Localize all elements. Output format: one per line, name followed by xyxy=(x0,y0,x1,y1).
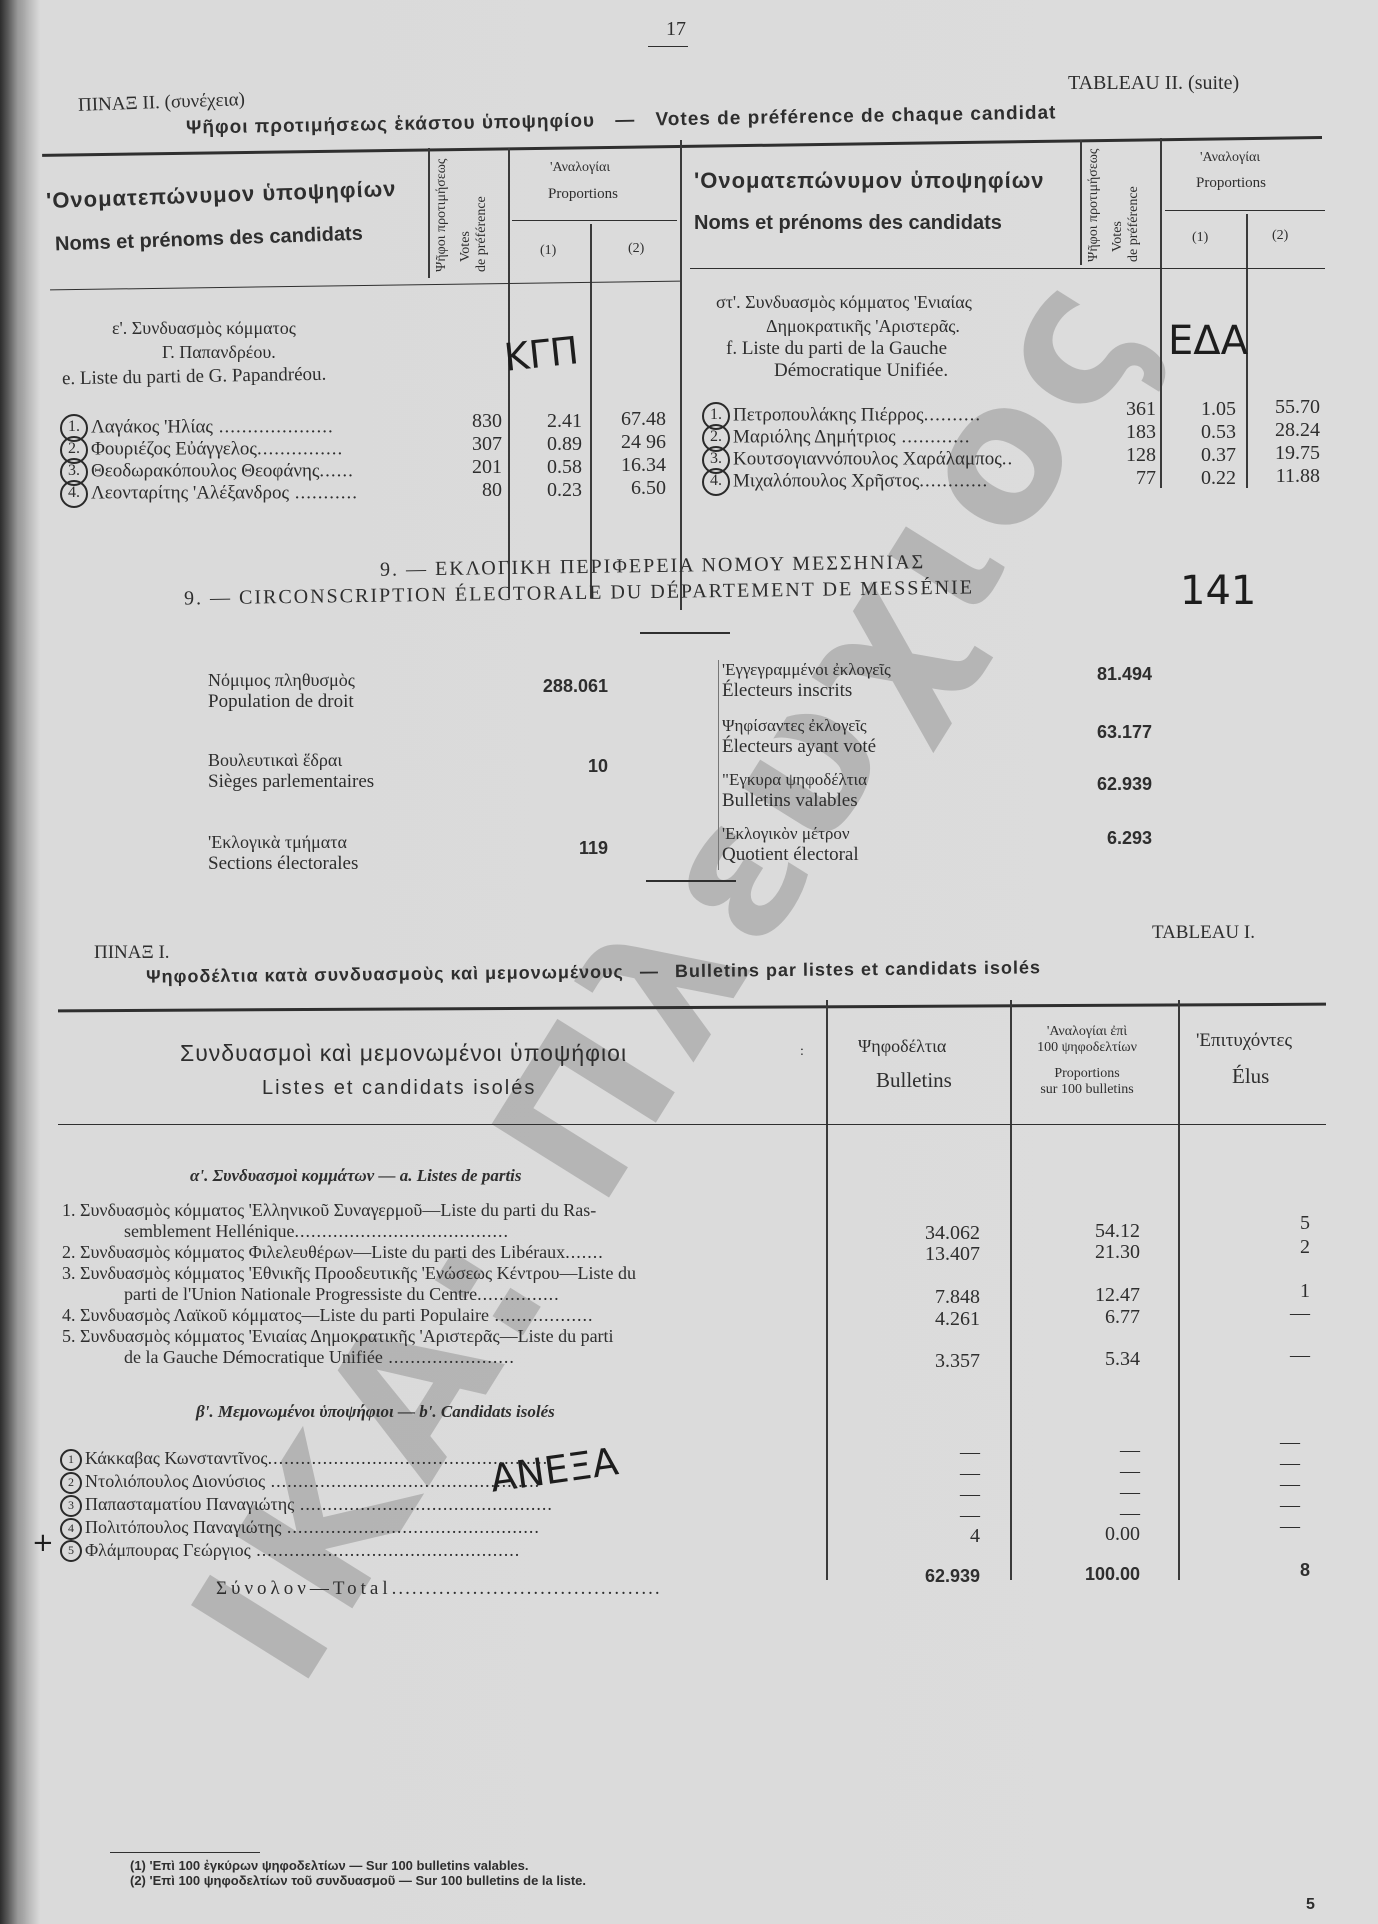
candidate-name: Πολιτόπουλος Παναγιώτης xyxy=(85,1517,281,1537)
votes-value: 361 xyxy=(1094,398,1156,421)
total-elected: 8 xyxy=(1240,1560,1310,1581)
t1-isolated-row: 2Ντολιόπουλος Διονύσιος ................… xyxy=(60,1471,820,1494)
candidate-name: Φλάμπουρας Γεώργιος xyxy=(85,1540,251,1560)
party-name-line1: 3. Συνδυασμὸς κόμματος 'Εθνικῆς Προοδευτ… xyxy=(62,1263,636,1283)
t1-header-prop-gr-1: 'Αναλογίαι ἐπὶ xyxy=(1022,1024,1152,1040)
t1-header-bulletins-fr: Bulletins xyxy=(876,1068,952,1093)
district-center-divider xyxy=(718,660,719,870)
circled-number: 5 xyxy=(60,1540,82,1562)
handwritten-district-number: 141 xyxy=(1180,568,1256,614)
handwritten-plus-mark: + xyxy=(32,1528,54,1558)
leader-dots: .. xyxy=(1002,448,1014,469)
leader-dots: ........................................… xyxy=(265,1471,540,1491)
t2-left-candidate-row: 4.Λεονταρίτης 'Αλέξανδρος ........... xyxy=(60,480,358,508)
proportion-1-value: 0.23 xyxy=(520,479,582,502)
t2-right-party-line4: Démocratique Unifiée. xyxy=(774,360,948,382)
table1-subtitle-dash: — xyxy=(640,961,659,981)
t2-left-col2: (2) xyxy=(628,241,644,257)
t2-right-prop-rule xyxy=(1165,210,1325,211)
t2-right-header-name-fr: Noms et prénoms des candidats xyxy=(694,212,1002,235)
footnote-rule xyxy=(110,1852,260,1853)
t1-party-row-cont: semblement Hellénique...................… xyxy=(62,1221,822,1242)
page-number-top: 17 xyxy=(666,18,686,41)
candidate-name: Μιχαλόπουλος Χρῆστος xyxy=(733,470,919,491)
footnotes: (1) 'Επὶ 100 ἐγκύρων ψηφοδελτίων — Sur 1… xyxy=(130,1858,586,1888)
table2-subtitle-gr: Ψῆφοι προτιμήσεως ἑκάστου ὑποψηφίου xyxy=(186,110,595,138)
t1-party-prop: 21.30 xyxy=(1040,1241,1140,1264)
leader-dots: ............ xyxy=(919,470,988,491)
proportion-2-value: 28.24 xyxy=(1250,419,1320,442)
isolated-elected: — xyxy=(1230,1432,1300,1453)
proportion-1-value: 0.53 xyxy=(1172,421,1236,444)
t2-right-votes-column: 361 183 128 77 xyxy=(1094,398,1156,490)
isolated-bulletins: — xyxy=(880,1505,980,1526)
table2-subtitle-dash: — xyxy=(615,110,635,131)
stat-voted: Ψηφίσαντες ἐκλογεῖς Électeurs ayant voté… xyxy=(722,716,1182,758)
stat-value: 10 xyxy=(508,756,608,777)
proportion-2-value: 16.34 xyxy=(596,454,666,477)
total-label: Σύνολον—Total xyxy=(216,1578,392,1599)
candidate-name: Παπασταματίου Παναγιώτης xyxy=(85,1494,294,1514)
party-name-line1: 2. Συνδυασμὸς κόμματος Φιλελευθέρων—List… xyxy=(62,1242,565,1262)
votes-value: 128 xyxy=(1094,444,1156,467)
t2-right-votes-gr: Ψῆφοι προτιμήσεως xyxy=(1086,149,1101,262)
circled-number: 1 xyxy=(60,1449,82,1471)
stat-value: 63.177 xyxy=(1052,722,1152,743)
page-number-rule xyxy=(648,46,688,47)
stat-sections: 'Εκλογικὰ τμήματα Sections électorales 1… xyxy=(208,832,628,875)
t2-left-votes-column: 830 307 201 80 xyxy=(440,410,502,502)
stat-value: 119 xyxy=(508,838,608,859)
party-name-line1: 1. Συνδυασμὸς κόμματος 'Ελληνικοῦ Συναγε… xyxy=(62,1200,596,1220)
candidate-name: Λαγάκος 'Ηλίας xyxy=(91,416,213,437)
t1-isolated-row: 5Φλάμπουρας Γεώργιος ...................… xyxy=(60,1540,820,1563)
proportion-1-value: 0.37 xyxy=(1172,444,1236,467)
candidate-name: Λεονταρίτης 'Αλέξανδρος xyxy=(91,482,289,503)
proportion-2-value: 6.50 xyxy=(596,477,666,500)
t2-right-col-line-1 xyxy=(1160,138,1162,488)
t1-party-elected: 1 xyxy=(1240,1280,1310,1303)
t1-party-row: 1. Συνδυασμὸς κόμματος 'Ελληνικοῦ Συναγε… xyxy=(62,1200,822,1221)
t2-left-votes-gr: Ψῆφοι προτιμήσεως xyxy=(434,159,449,272)
t2-left-prop-fr: Proportions xyxy=(548,186,618,203)
table2-title-gr: ΠΙΝΑΞ ΙΙ. (συνέχεια) xyxy=(78,89,246,117)
t1-party-bulletins: 7.848 xyxy=(880,1286,980,1309)
candidate-name: Ντολιόπουλος Διονύσιος xyxy=(85,1471,265,1491)
t1-header-bulletins-gr: Ψηφοδέλτια xyxy=(858,1036,946,1057)
handwritten-note-eda: ΕΔΑ xyxy=(1168,318,1248,364)
party-name-line2: semblement Hellénique xyxy=(124,1221,294,1241)
t1-isolated-elected-column: — — — — — xyxy=(1230,1432,1300,1537)
t1-section-a: α'. Συνδυασμοὶ κομμάτων — a. Listes de p… xyxy=(190,1166,522,1186)
t1-header-elected-fr: Élus xyxy=(1232,1064,1269,1089)
table2-top-rule xyxy=(42,136,1322,157)
t2-left-prop-gr: 'Αναλογίαι xyxy=(550,160,610,176)
circled-number: 4 xyxy=(60,1518,82,1540)
proportion-2-value: 67.48 xyxy=(596,408,666,431)
t1-party-elected: — xyxy=(1240,1302,1310,1325)
handwritten-note-kgp: ΚΓΠ xyxy=(502,328,581,380)
t1-header-colon: : xyxy=(800,1044,804,1060)
t2-right-votes-fr1: Votes xyxy=(1110,221,1125,252)
t1-party-list: 1. Συνδυασμὸς κόμματος 'Ελληνικοῦ Συναγε… xyxy=(62,1200,822,1368)
proportion-2-value: 24 96 xyxy=(596,431,666,454)
stat-seats: Βουλευτικαὶ ἕδραι Sièges parlementaires … xyxy=(208,750,628,793)
circled-number: 4. xyxy=(60,480,88,508)
party-name-line1: 4. Συνδυασμὸς Λαϊκοῦ κόμματος—Liste du p… xyxy=(62,1305,489,1325)
t1-header-prop-fr-1: Proportions xyxy=(1022,1066,1152,1082)
footnote-1: (1) 'Επὶ 100 ἐγκύρων ψηφοδελτίων — Sur 1… xyxy=(130,1858,586,1873)
district-title-gr: 9. — ΕΚΛΟΓΙΚΗ ΠΕΡΙΦΕΡΕΙΑ ΝΟΜΟΥ ΜΕΣΣΗΝΙΑΣ xyxy=(380,551,926,582)
t1-party-bulletins: 3.357 xyxy=(880,1350,980,1373)
t2-left-col1: (1) xyxy=(540,243,556,259)
t1-party-prop: 6.77 xyxy=(1040,1306,1140,1329)
book-spine-shadow xyxy=(0,0,40,1924)
t2-right-prop-gr: 'Αναλογίαι xyxy=(1200,150,1260,166)
proportion-1-value: 2.41 xyxy=(520,410,582,433)
t2-left-party-line3: e. Liste du parti de G. Papandréou. xyxy=(62,364,327,391)
table2-subtitle-fr: Votes de préférence de chaque candidat xyxy=(655,102,1056,130)
t1-party-prop: 12.47 xyxy=(1040,1284,1140,1307)
leader-dots: ........................................… xyxy=(294,1494,553,1514)
t2-left-party-line2: Γ. Παπανδρέου. xyxy=(162,342,276,363)
table1-subtitle-fr: Bulletins par listes et candidats isolés xyxy=(675,957,1041,981)
proportion-1-value: 0.89 xyxy=(520,433,582,456)
leader-dots: ........... xyxy=(289,482,358,503)
isolated-bulletins: — xyxy=(880,1463,980,1484)
table1-subtitle-gr: Ψηφοδέλτια κατὰ συνδυασμοὺς καὶ μεμονωμέ… xyxy=(146,962,624,987)
district-title-fr: 9. — CIRCONSCRIPTION ÉLECTORALE DU DÉPAR… xyxy=(184,576,974,610)
t2-right-header-name-gr: 'Ονοματεπώνυμον ὑποψηφίων xyxy=(694,168,1045,194)
isolated-prop: — xyxy=(1040,1461,1140,1482)
t1-party-elected: — xyxy=(1240,1344,1310,1367)
candidate-name: Κουτσογιαννόπουλος Χαράλαμπος xyxy=(733,448,1002,469)
isolated-prop: — xyxy=(1040,1482,1140,1503)
leader-dots: ....................... xyxy=(383,1347,515,1367)
t2-left-header-bottom-rule xyxy=(50,281,680,291)
t1-party-prop: 5.34 xyxy=(1040,1348,1140,1371)
t2-right-p1-column: 1.05 0.53 0.37 0.22 xyxy=(1172,398,1236,490)
isolated-bulletins: — xyxy=(880,1442,980,1463)
circled-number: 2 xyxy=(60,1472,82,1494)
t2-right-party-line1: στ'. Συνδυασμὸς κόμματος 'Ενιαίας xyxy=(716,292,972,313)
candidate-name: Μαριόλης Δημήτριος xyxy=(733,426,896,447)
t2-right-p2-column: 55.70 28.24 19.75 11.88 xyxy=(1250,396,1320,488)
stat-registered: 'Εγγεγραμμένοι ἐκλογεῖς Électeurs inscri… xyxy=(722,660,1182,702)
proportion-1-value: 0.22 xyxy=(1172,467,1236,490)
t2-left-prop-rule xyxy=(512,220,677,221)
t1-col-line-3 xyxy=(1178,1000,1180,1580)
t2-center-divider xyxy=(680,140,682,610)
table2-title-fr: TABLEAU II. (suite) xyxy=(1068,72,1239,95)
isolated-elected: — xyxy=(1230,1516,1300,1537)
t1-header-bottom-rule xyxy=(58,1124,1326,1125)
table1-top-rule xyxy=(58,1003,1326,1013)
t1-party-row: 4. Συνδυασμὸς Λαϊκοῦ κόμματος—Liste du p… xyxy=(62,1305,822,1326)
isolated-bulletins: — xyxy=(880,1484,980,1505)
leader-dots: .......... xyxy=(924,404,982,425)
isolated-prop: 0.00 xyxy=(1040,1524,1140,1545)
t1-col-line-2 xyxy=(1010,1000,1012,1580)
votes-value: 201 xyxy=(440,456,502,479)
t1-isolated-prop-column: — — — — 0.00 xyxy=(1040,1440,1140,1545)
leader-dots: ....... xyxy=(565,1242,604,1262)
t1-party-row: 5. Συνδυασμὸς κόμματος 'Ενιαίας Δημοκρατ… xyxy=(62,1326,822,1347)
leader-dots: .................... xyxy=(213,416,334,437)
leader-dots: ...... xyxy=(319,460,354,481)
t1-party-prop: 54.12 xyxy=(1040,1220,1140,1243)
proportion-1-value: 0.58 xyxy=(520,456,582,479)
isolated-elected: — xyxy=(1230,1474,1300,1495)
candidate-name: Θεοδωρακόπουλος Θεοφάνης xyxy=(91,460,319,481)
party-name-line2: parti de l'Union Nationale Progressiste … xyxy=(124,1284,477,1304)
t1-header-name-gr: Συνδυασμοὶ καὶ μεμονωμένοι ὑποψήφιοι xyxy=(180,1040,627,1067)
votes-value: 77 xyxy=(1094,467,1156,490)
t1-party-bulletins: 34.062 xyxy=(880,1222,980,1245)
t1-party-row: 3. Συνδυασμὸς κόμματος 'Εθνικῆς Προοδευτ… xyxy=(62,1263,822,1284)
isolated-elected: — xyxy=(1230,1453,1300,1474)
page-number-bottom: 5 xyxy=(1306,1896,1315,1914)
t1-party-elected: 5 xyxy=(1240,1212,1310,1235)
scanned-page: ΙΚΑ: Πλευχιος 17 ΠΙΝΑΞ ΙΙ. (συνέχεια) TA… xyxy=(0,0,1378,1924)
proportion-2-value: 19.75 xyxy=(1250,442,1320,465)
t1-party-row: 2. Συνδυασμὸς κόμματος Φιλελευθέρων—List… xyxy=(62,1242,822,1263)
t2-left-p2-column: 67.48 24 96 16.34 6.50 xyxy=(596,408,666,500)
votes-value: 80 xyxy=(440,479,502,502)
table1-title-gr: ΠΙΝΑΞ Ι. xyxy=(94,942,170,964)
isolated-elected: — xyxy=(1230,1495,1300,1516)
t1-section-b: β'. Μεμονωμένοι ὑποψήφιοι — b'. Candidat… xyxy=(196,1402,555,1422)
t2-left-divider xyxy=(428,148,430,278)
t2-left-header-name-gr: 'Ονοματεπώνυμον ὑποψηφίων xyxy=(46,176,397,214)
stat-value: 62.939 xyxy=(1052,774,1152,795)
table1-subtitle: Ψηφοδέλτια κατὰ συνδυασμοὺς καὶ μεμονωμέ… xyxy=(146,957,1041,987)
total-prop: 100.00 xyxy=(1040,1564,1140,1585)
stat-value: 288.061 xyxy=(508,676,608,697)
t2-left-p1-column: 2.41 0.89 0.58 0.23 xyxy=(520,410,582,502)
t1-isolated-bulletins-column: — — — — 4 xyxy=(880,1442,980,1547)
stat-value: 6.293 xyxy=(1052,828,1152,849)
t1-total-row: Σύνολον—Total...........................… xyxy=(216,1578,662,1600)
district-separator xyxy=(640,632,730,634)
stat-quotient: 'Εκλογικὸν μέτρον Quotient électoral 6.2… xyxy=(722,824,1182,866)
table1-title-fr: TABLEAU I. xyxy=(1152,922,1255,944)
proportion-2-value: 55.70 xyxy=(1250,396,1320,419)
candidate-name: Κάκκαβας Κωνσταντῖνος xyxy=(85,1448,268,1468)
footnote-2: (2) 'Επὶ 100 ψηφοδελτίων τοῦ συνδυασμοῦ … xyxy=(130,1873,586,1888)
circled-number: 3 xyxy=(60,1495,82,1517)
t1-header-prop-fr-2: sur 100 bulletins xyxy=(1022,1082,1152,1098)
t2-left-header-name-fr: Noms et prénoms des candidats xyxy=(55,223,363,257)
votes-value: 830 xyxy=(440,410,502,433)
t2-right-party-line3: f. Liste du parti de la Gauche xyxy=(726,338,947,360)
isolated-prop: — xyxy=(1040,1503,1140,1524)
t1-header-prop: 'Αναλογίαι ἐπὶ 100 ψηφοδελτίων Proportio… xyxy=(1022,1024,1152,1098)
t2-right-prop-fr: Proportions xyxy=(1196,175,1266,192)
stat-population: Νόμιμος πληθυσμὸς Population de droit 28… xyxy=(208,670,628,713)
t1-isolated-row: 3Παπασταματίου Παναγιώτης ..............… xyxy=(60,1494,820,1517)
t2-right-col2: (2) xyxy=(1272,228,1288,244)
party-name-line1: 5. Συνδυασμὸς κόμματος 'Ενιαίας Δημοκρατ… xyxy=(62,1326,614,1346)
votes-value: 307 xyxy=(440,433,502,456)
t2-left-col-line-2 xyxy=(590,224,592,598)
proportion-2-value: 11.88 xyxy=(1250,465,1320,488)
t1-header-prop-gr-2: 100 ψηφοδελτίων xyxy=(1022,1040,1152,1056)
t2-right-col1: (1) xyxy=(1192,230,1208,246)
leader-dots: ........................................… xyxy=(281,1517,540,1537)
table2-subtitle: Ψῆφοι προτιμήσεως ἑκάστου ὑποψηφίου — Vo… xyxy=(186,102,1057,139)
candidate-name: Φουριέζος Εὐάγγελος xyxy=(91,438,257,459)
t1-party-elected: 2 xyxy=(1240,1236,1310,1259)
t2-right-votes-fr2: de préférence xyxy=(1126,186,1141,262)
t1-party-row-cont: de la Gauche Démocratique Unifiée ......… xyxy=(62,1347,822,1368)
t2-left-votes-fr1: Votes xyxy=(458,231,473,262)
t2-right-candidate-row: 4.Μιχαλόπουλος Χρῆστος............ xyxy=(702,468,988,496)
t2-right-header-bottom-rule xyxy=(690,268,1325,269)
stat-value: 81.494 xyxy=(1052,664,1152,685)
isolated-bulletins: 4 xyxy=(880,1526,980,1547)
circled-number: 4. xyxy=(702,468,730,496)
t1-isolated-list: 1Κάκκαβας Κωνσταντῖνος..................… xyxy=(60,1448,820,1562)
district-bottom-separator xyxy=(646,880,736,882)
stat-valid-ballots: "Εγκυρα ψηφοδέλτια Bulletins valables 62… xyxy=(722,770,1182,812)
leader-dots: ........................................… xyxy=(251,1540,521,1560)
t1-header-elected-gr: 'Επιτυχόντες xyxy=(1196,1030,1292,1052)
votes-value: 183 xyxy=(1094,421,1156,444)
t1-isolated-row: 4Πολιτόπουλος Παναγιώτης ...............… xyxy=(60,1517,820,1540)
t1-col-line-1 xyxy=(826,1000,828,1580)
candidate-name: Πετροπουλάκης Πιέρρος xyxy=(733,404,924,425)
t2-left-votes-fr2: de préférence xyxy=(474,196,489,272)
t2-right-divider xyxy=(1080,140,1082,265)
t2-right-party-line2: Δημοκρατικῆς 'Αριστερᾶς. xyxy=(766,316,960,337)
party-name-line2: de la Gauche Démocratique Unifiée xyxy=(124,1347,383,1367)
leader-dots: ............... xyxy=(257,438,343,459)
t2-left-party-line1: ε'. Συνδυασμὸς κόμματος xyxy=(112,318,296,339)
leader-dots: ........................................… xyxy=(268,1448,549,1468)
isolated-prop: — xyxy=(1040,1440,1140,1461)
leader-dots: ............... xyxy=(477,1284,560,1304)
total-bulletins: 62.939 xyxy=(880,1566,980,1587)
t1-party-bulletins: 4.261 xyxy=(880,1308,980,1331)
leader-dots: ....................................... xyxy=(294,1221,509,1241)
t1-isolated-row: 1Κάκκαβας Κωνσταντῖνος..................… xyxy=(60,1448,820,1471)
t1-party-row-cont: parti de l'Union Nationale Progressiste … xyxy=(62,1284,822,1305)
t1-header-name-fr: Listes et candidats isolés xyxy=(262,1077,536,1100)
leader-dots: ............ xyxy=(896,426,971,447)
leader-dots: ........................................ xyxy=(392,1578,662,1599)
t1-party-bulletins: 13.407 xyxy=(880,1243,980,1266)
leader-dots: .................. xyxy=(489,1305,594,1325)
proportion-1-value: 1.05 xyxy=(1172,398,1236,421)
